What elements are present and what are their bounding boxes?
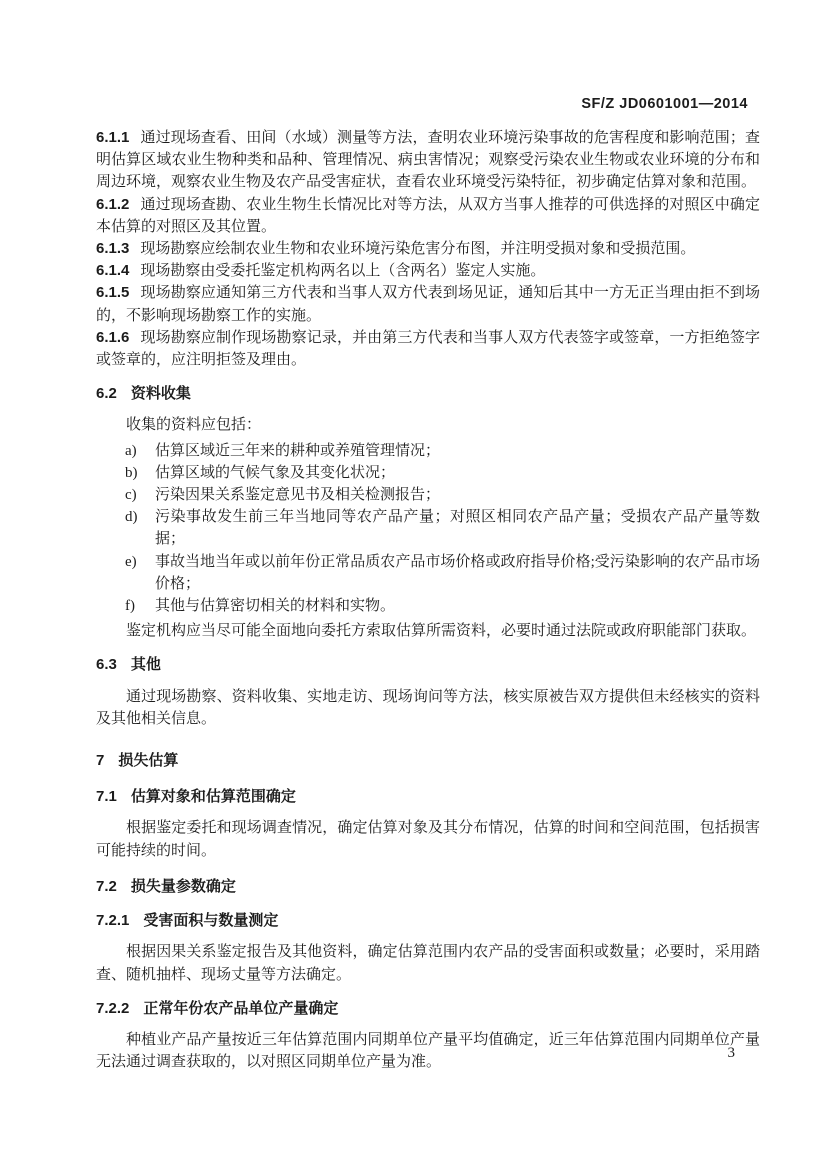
heading-number: 7.2.2 [96, 1000, 129, 1017]
clause-6-1-1: 6.1.1通过现场查看、田间（水域）测量等方法，查明农业环境污染事故的危害程度和… [96, 127, 760, 194]
heading-title: 受害面积与数量测定 [143, 912, 278, 929]
heading-7-2: 7.2损失量参数确定 [96, 876, 760, 898]
clause-text: 现场勘察应通知第三方代表和当事人双方代表到场见证，通知后其中一方无正当理由拒不到… [96, 285, 760, 323]
document-page: SF/Z JD0601001—2014 6.1.1通过现场查看、田间（水域）测量… [0, 0, 827, 1169]
paragraph-6-2-intro: 收集的资料应包括： [96, 414, 760, 436]
list-item-text: 污染事故发生前三年当地同等农产品产量；对照区相同农产品产量；受损农产品产量等数据… [155, 509, 760, 547]
clause-6-1-2: 6.1.2通过现场查勘、农业生物生长情况比对等方法，从双方当事人推荐的可供选择的… [96, 194, 760, 238]
heading-title: 其他 [131, 656, 161, 673]
paragraph-7-2-2: 种植业产品产量按近三年估算范围内同期单位产量平均值确定，近三年估算范围内同期单位… [96, 1029, 760, 1073]
clause-number: 6.1.5 [96, 284, 129, 301]
standard-code-header: SF/Z JD0601001—2014 [581, 96, 748, 112]
list-item-c: c)污染因果关系鉴定意见书及相关检测报告； [96, 484, 760, 506]
list-item-text: 事故当地当年或以前年份正常品质农产品市场价格或政府指导价格;受污染影响的农产品市… [155, 554, 760, 592]
clause-number: 6.1.2 [96, 196, 129, 213]
list-item-text: 其他与估算密切相关的材料和实物。 [155, 598, 395, 614]
paragraph-7-1: 根据鉴定委托和现场调查情况，确定估算对象及其分布情况，估算的时间和空间范围，包括… [96, 817, 760, 861]
document-body: 6.1.1通过现场查看、田间（水域）测量等方法，查明农业环境污染事故的危害程度和… [96, 127, 760, 1073]
list-item-e: e)事故当地当年或以前年份正常品质农产品市场价格或政府指导价格;受污染影响的农产… [96, 551, 760, 595]
heading-6-3: 6.3其他 [96, 654, 760, 676]
list-item-b: b)估算区域的气候气象及其变化状况； [96, 462, 760, 484]
page-number: 3 [728, 1045, 736, 1062]
heading-number: 6.2 [96, 385, 117, 402]
list-item-letter: e) [125, 551, 137, 573]
heading-title: 正常年份农产品单位产量确定 [143, 1000, 338, 1017]
paragraph-7-2-1: 根据因果关系鉴定报告及其他资料，确定估算范围内农产品的受害面积或数量；必要时，采… [96, 941, 760, 985]
heading-title: 资料收集 [131, 385, 191, 402]
paragraph-6-3: 通过现场勘察、资料收集、实地走访、现场询问等方法，核实原被告双方提供但未经核实的… [96, 686, 760, 730]
clause-6-1-6: 6.1.6现场勘察应制作现场勘察记录，并由第三方代表和当事人双方代表签字或签章，… [96, 327, 760, 371]
materials-list: a)估算区域近三年来的耕种或养殖管理情况； b)估算区域的气候气象及其变化状况；… [96, 440, 760, 618]
heading-title: 损失估算 [118, 752, 178, 769]
clause-6-1-4: 6.1.4现场勘察由受委托鉴定机构两名以上（含两名）鉴定人实施。 [96, 260, 760, 282]
heading-title: 损失量参数确定 [131, 878, 236, 895]
heading-title: 估算对象和估算范围确定 [131, 788, 296, 805]
heading-number: 6.3 [96, 656, 117, 673]
heading-number: 7.2 [96, 878, 117, 895]
list-item-letter: c) [125, 484, 137, 506]
list-item-a: a)估算区域近三年来的耕种或养殖管理情况； [96, 440, 760, 462]
clause-number: 6.1.3 [96, 240, 129, 257]
heading-7-1: 7.1估算对象和估算范围确定 [96, 786, 760, 808]
clause-text: 现场勘察应制作现场勘察记录，并由第三方代表和当事人双方代表签字或签章，一方拒绝签… [96, 330, 760, 368]
heading-number: 7 [96, 752, 104, 769]
clause-6-1-5: 6.1.5现场勘察应通知第三方代表和当事人双方代表到场见证，通知后其中一方无正当… [96, 282, 760, 326]
list-item-letter: f) [125, 595, 135, 617]
paragraph-6-2-closing: 鉴定机构应当尽可能全面地向委托方索取估算所需资料，必要时通过法院或政府职能部门获… [96, 620, 760, 642]
list-item-letter: a) [125, 440, 137, 462]
clause-number: 6.1.1 [96, 129, 129, 146]
list-item-text: 估算区域近三年来的耕种或养殖管理情况； [155, 443, 440, 459]
clause-number: 6.1.4 [96, 262, 129, 279]
clause-text: 现场勘察由受委托鉴定机构两名以上（含两名）鉴定人实施。 [140, 263, 545, 279]
heading-7-2-1: 7.2.1受害面积与数量测定 [96, 910, 760, 932]
heading-7-2-2: 7.2.2正常年份农产品单位产量确定 [96, 998, 760, 1020]
list-item-f: f)其他与估算密切相关的材料和实物。 [96, 595, 760, 617]
heading-7: 7损失估算 [96, 750, 760, 772]
heading-number: 7.2.1 [96, 912, 129, 929]
clause-text: 现场勘察应绘制农业生物和农业环境污染危害分布图，并注明受损对象和受损范围。 [140, 241, 695, 257]
list-item-d: d)污染事故发生前三年当地同等农产品产量；对照区相同农产品产量；受损农产品产量等… [96, 506, 760, 550]
clause-text: 通过现场查看、田间（水域）测量等方法，查明农业环境污染事故的危害程度和影响范围；… [96, 130, 760, 190]
list-item-text: 估算区域的气候气象及其变化状况； [155, 465, 395, 481]
clause-number: 6.1.6 [96, 329, 129, 346]
heading-number: 7.1 [96, 788, 117, 805]
clause-text: 通过现场查勘、农业生物生长情况比对等方法，从双方当事人推荐的可供选择的对照区中确… [96, 197, 760, 235]
heading-6-2: 6.2资料收集 [96, 383, 760, 405]
list-item-text: 污染因果关系鉴定意见书及相关检测报告； [155, 487, 440, 503]
clause-6-1-3: 6.1.3现场勘察应绘制农业生物和农业环境污染危害分布图，并注明受损对象和受损范… [96, 238, 760, 260]
list-item-letter: d) [125, 506, 138, 528]
list-item-letter: b) [125, 462, 138, 484]
